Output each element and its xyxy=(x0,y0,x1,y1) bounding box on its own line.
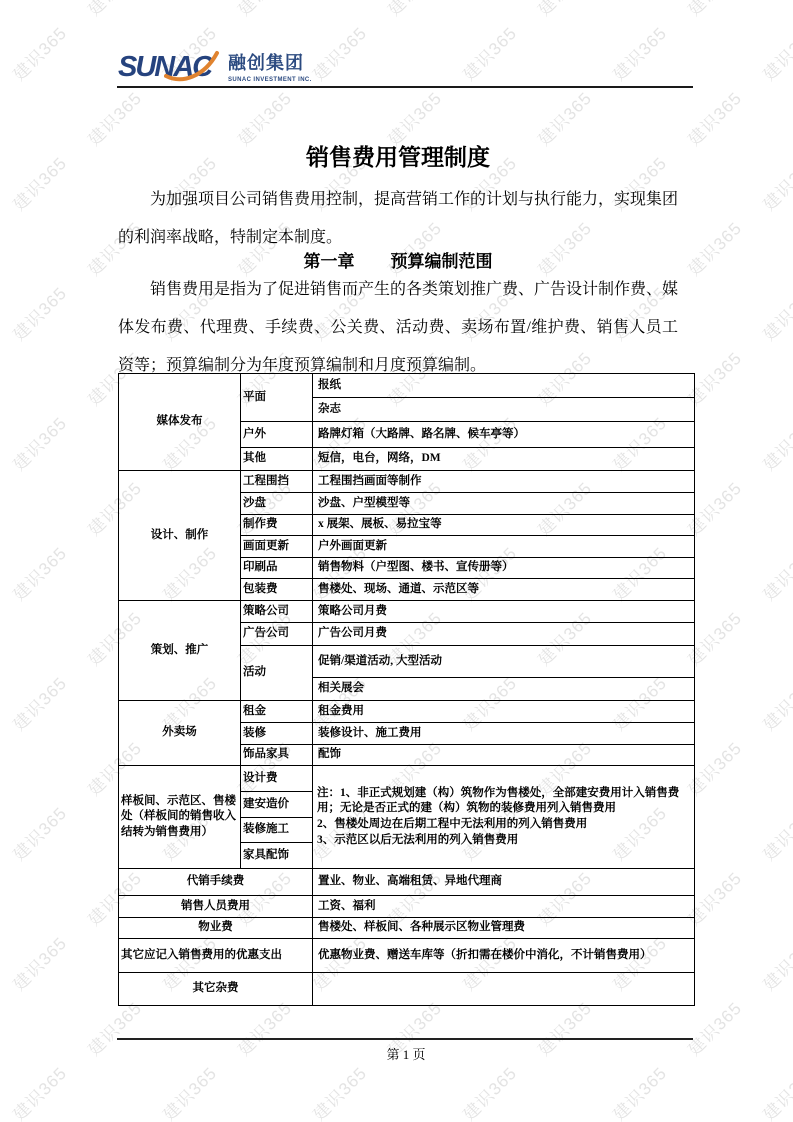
table-row: 其它应记入销售费用的优惠支出 优惠物业费、赠送车库等（折扣需在楼价中消化，不计销… xyxy=(119,939,695,973)
row-label-cell: 销售人员费用 xyxy=(119,896,313,918)
category-cell: 样板间、示范区、售楼处（样板间的销售收入结转为销售费用） xyxy=(119,766,241,869)
subcategory-cell: 建安造价 xyxy=(241,792,313,818)
subcategory-cell: 策略公司 xyxy=(241,601,313,623)
subcategory-cell: 家具配饰 xyxy=(241,843,313,869)
expense-scope-table: 媒体发布 平面 报纸 杂志 户外 路牌灯箱（大路牌、路名牌、候车亭等） 其他 短… xyxy=(118,373,695,1006)
description-cell: 租金费用 xyxy=(313,701,695,723)
table-row: 物业费 售楼处、样板间、各种展示区物业管理费 xyxy=(119,918,695,939)
table-row: 设计、制作 工程围挡 工程围挡画面等制作 xyxy=(119,471,695,493)
table-row: 代销手续费 置业、物业、高端租赁、异地代理商 xyxy=(119,869,695,896)
subcategory-cell: 广告公司 xyxy=(241,623,313,646)
table-row: 媒体发布 平面 报纸 xyxy=(119,374,695,398)
chapter-heading: 第一章预算编制范围 xyxy=(118,247,678,272)
subcategory-cell: 装修 xyxy=(241,723,313,745)
description-cell xyxy=(313,973,695,1006)
chapter-number: 第一章 xyxy=(304,252,355,271)
description-cell: 路牌灯箱（大路牌、路名牌、候车亭等） xyxy=(313,422,695,448)
document-page: 建识365建识365建识365建识365建识365建识365建识365建识365… xyxy=(0,0,793,1122)
table-row: 外卖场 租金 租金费用 xyxy=(119,701,695,723)
description-cell: 优惠物业费、赠送车库等（折扣需在楼价中消化，不计销售费用） xyxy=(313,939,695,973)
description-cell: 售楼处、样板间、各种展示区物业管理费 xyxy=(313,918,695,939)
description-cell: 销售物料（户型图、楼书、宣传册等） xyxy=(313,558,695,579)
description-cell: 策略公司月费 xyxy=(313,601,695,623)
subcategory-cell: 租金 xyxy=(241,701,313,723)
logo-cn-name: 融创集团 xyxy=(228,53,312,74)
description-cell: 装修设计、施工费用 xyxy=(313,723,695,745)
footer-rule xyxy=(117,1038,693,1040)
description-cell: 促销/渠道活动, 大型活动 xyxy=(313,646,695,678)
description-cell: 售楼处、现场、通道、示范区等 xyxy=(313,579,695,601)
scope-paragraph: 销售费用是指为了促进销售而产生的各类策划推广费、广告设计制作费、媒体发布费、代理… xyxy=(118,271,678,385)
subcategory-cell: 沙盘 xyxy=(241,493,313,515)
chapter-name: 预算编制范围 xyxy=(391,252,493,271)
description-cell: x 展架、展板、易拉宝等 xyxy=(313,515,695,536)
description-cell: 杂志 xyxy=(313,398,695,422)
row-label-cell: 其它应记入销售费用的优惠支出 xyxy=(119,939,313,973)
note-line: 2、售楼处周边在后期工程中无法利用的列入销售费用 xyxy=(317,817,690,833)
company-logo: SUNAC 融创集团 SUNAC INVESTMENT INC. xyxy=(118,52,312,84)
table-row: 样板间、示范区、售楼处（样板间的销售收入结转为销售费用） 设计费 注：1、非正式… xyxy=(119,766,695,792)
table-row: 其它杂费 xyxy=(119,973,695,1006)
description-cell: 相关展会 xyxy=(313,678,695,701)
subcategory-cell: 制作费 xyxy=(241,515,313,536)
sunac-wordmark: SUNAC xyxy=(118,52,218,84)
subcategory-cell: 设计费 xyxy=(241,766,313,792)
description-cell: 配饰 xyxy=(313,745,695,766)
subcategory-cell: 印刷品 xyxy=(241,558,313,579)
subcategory-cell: 工程围挡 xyxy=(241,471,313,493)
page-content: SUNAC 融创集团 SUNAC INVESTMENT INC. 销售费用管理制… xyxy=(0,0,793,1122)
category-cell: 媒体发布 xyxy=(119,374,241,471)
description-cell: 广告公司月费 xyxy=(313,623,695,646)
intro-paragraph: 为加强项目公司销售费用控制，提高营销工作的计划与执行能力，实现集团的利润率战略，… xyxy=(118,181,678,257)
description-cell: 沙盘、户型模型等 xyxy=(313,493,695,515)
page-title: 销售费用管理制度 xyxy=(118,139,678,172)
note-cell: 注：1、非正式规划建（构）筑物作为售楼处，全部建安费用计入销售费用；无论是否正式… xyxy=(313,766,695,869)
description-cell: 工资、福利 xyxy=(313,896,695,918)
note-line: 3、示范区以后无法利用的列入销售费用 xyxy=(317,833,690,849)
row-label-cell: 其它杂费 xyxy=(119,973,313,1006)
row-label-cell: 物业费 xyxy=(119,918,313,939)
row-label-cell: 代销手续费 xyxy=(119,869,313,896)
logo-subtitle: SUNAC INVESTMENT INC. xyxy=(228,77,312,83)
subcategory-cell: 户外 xyxy=(241,422,313,448)
page-number: 第 1 页 xyxy=(118,1044,694,1063)
subcategory-cell: 平面 xyxy=(241,374,313,422)
header-rule xyxy=(117,86,693,88)
subcategory-cell: 活动 xyxy=(241,646,313,701)
description-cell: 户外画面更新 xyxy=(313,536,695,558)
subcategory-cell: 饰品家具 xyxy=(241,745,313,766)
note-line: 注：1、非正式规划建（构）筑物作为售楼处，全部建安费用计入销售费用；无论是否正式… xyxy=(317,786,690,817)
category-cell: 设计、制作 xyxy=(119,471,241,601)
description-cell: 短信，电台，网络，DM xyxy=(313,448,695,471)
category-cell: 外卖场 xyxy=(119,701,241,766)
logo-names: 融创集团 SUNAC INVESTMENT INC. xyxy=(228,53,312,83)
subcategory-cell: 其他 xyxy=(241,448,313,471)
description-cell: 工程围挡画面等制作 xyxy=(313,471,695,493)
description-cell: 置业、物业、高端租赁、异地代理商 xyxy=(313,869,695,896)
table-row: 销售人员费用 工资、福利 xyxy=(119,896,695,918)
subcategory-cell: 画面更新 xyxy=(241,536,313,558)
table-row: 策划、推广 策略公司 策略公司月费 xyxy=(119,601,695,623)
swoosh-icon xyxy=(164,48,222,84)
category-cell: 策划、推广 xyxy=(119,601,241,701)
description-cell: 报纸 xyxy=(313,374,695,398)
subcategory-cell: 包装费 xyxy=(241,579,313,601)
subcategory-cell: 装修施工 xyxy=(241,818,313,843)
